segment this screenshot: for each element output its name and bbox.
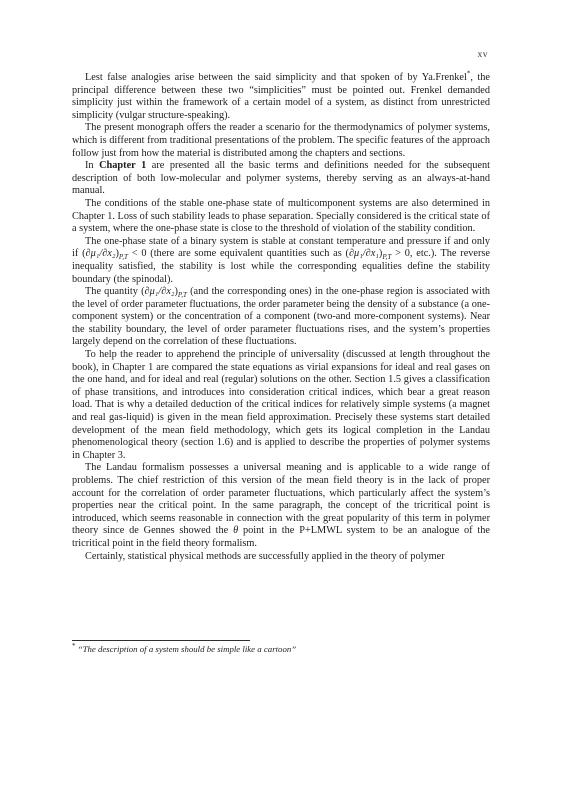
book-page: xv Lest false analogies arise between th… [0, 0, 562, 800]
paragraph: Certainly, statistical physical methods … [72, 551, 490, 564]
paragraphs: Lest false analogies arise between the s… [72, 72, 490, 563]
footnote-marker: * [72, 642, 76, 650]
paragraph: Lest false analogies arise between the s… [72, 72, 490, 122]
footnote: * “The description of a system should be… [72, 640, 490, 655]
footnote-text: * “The description of a system should be… [72, 644, 490, 655]
footnote-quote: “The description of a system should be s… [78, 644, 296, 654]
paragraph: To help the reader to apprehend the prin… [72, 349, 490, 462]
paragraph: The conditions of the stable one-phase s… [72, 198, 490, 236]
footnote-rule [72, 640, 250, 641]
paragraph: The one-phase state of a binary system i… [72, 236, 490, 286]
paragraph: The Landau formalism possesses a univers… [72, 462, 490, 550]
paragraph: In Chapter 1 are presented all the basic… [72, 160, 490, 198]
paragraph: The present monograph offers the reader … [72, 122, 490, 160]
paragraph: The quantity (∂μ₁/∂x₂)P,T (and the corre… [72, 286, 490, 349]
page-number: xv [72, 50, 488, 60]
